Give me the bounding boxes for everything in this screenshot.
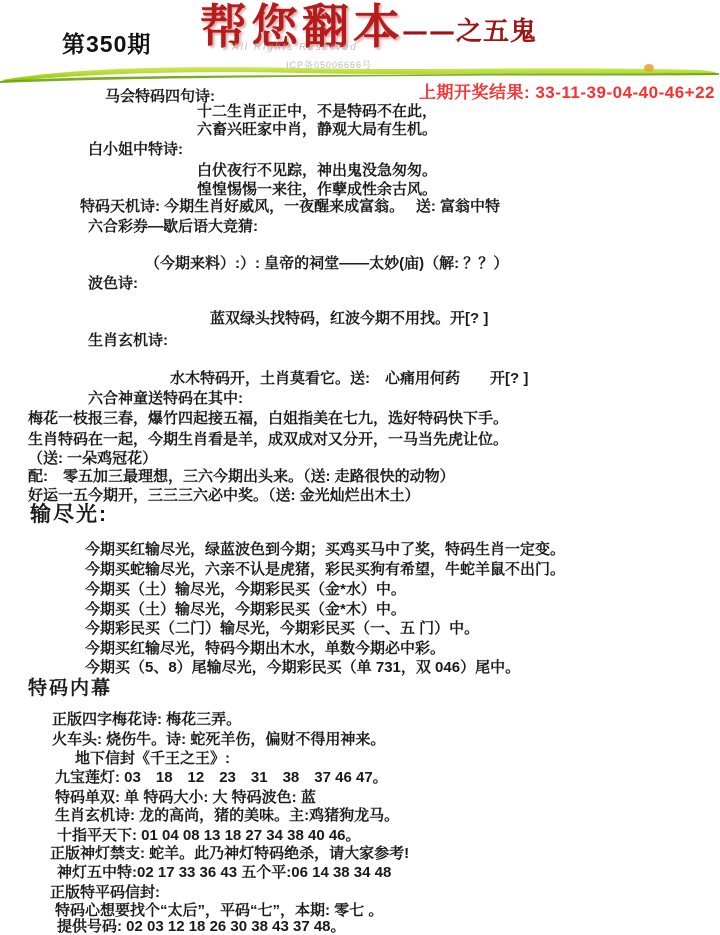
text-line: 正版四字梅花诗: 梅花三弄。 [52, 711, 241, 729]
text-line: 六合彩券—歇后语大竞猜: [88, 218, 258, 236]
text-line: 六合神童送特码在其中: [88, 390, 243, 408]
text-line: 波色诗: [88, 275, 138, 293]
issue-number: 第350期 [62, 26, 151, 59]
text-line: 梅花一枝报三春，爆竹四起接五福，白姐指美在七九，选好特码快下手。 [28, 410, 508, 428]
text-line: 提供号码: 02 03 12 18 26 30 38 43 37 48。 [57, 918, 346, 935]
text-line: 正版特平码信封: [50, 884, 160, 902]
text-line: 配: 零五加三最理想，三六今期出头来。（送: 走路很快的动物） [28, 468, 455, 486]
text-line: 生肖玄机诗: 龙的高尚，猪的美味。主:鸡猪狗龙马。 [55, 807, 399, 825]
previous-draw-result: 上期开奖结果: 33-11-39-04-40-46+22 [419, 78, 715, 103]
text-line: 九宝莲灯: 03 18 12 23 31 38 37 46 47。 [55, 769, 388, 787]
lottery-tip-sheet: 第350期 帮您翻本 ——之五鬼 All Rights Reserved ICP… [0, 0, 720, 935]
text-line: 十指平天下: 01 04 08 13 18 27 34 38 40 46。 [57, 827, 361, 845]
text-line: 十二生肖正正中，不是特码不在此， [197, 103, 437, 121]
watermark-copyright: All Rights Reserved [232, 42, 358, 53]
text-line: 今期买红输尽光，特码今期出木水，单数今期必中彩。 [85, 640, 445, 658]
text-line: 神灯五中特:02 17 33 36 43 五个平:06 14 38 34 48 [57, 864, 391, 882]
text-line: 水木特码开，土肖莫看它。送: 心痛用何药 开[? ] [170, 370, 528, 388]
text-line: 生肖特码在一起，今期生肖看是羊，成双成对又分开，一马当先虎让位。 [28, 431, 508, 449]
text-line: 今期买红输尽光，绿蓝波色到今期；买鸡买马中了奖，特码生肖一定变。 [85, 541, 565, 559]
text-line: 生肖玄机诗: [88, 332, 168, 350]
text-line: 正版神灯禁支: 蛇羊。此乃神灯特码绝杀，请大家参考! [50, 845, 409, 863]
text-line: 特码单双: 单 特码大小: 大 特码波色: 蓝 [55, 789, 316, 807]
section-heading-neimu: 特码内幕 [28, 678, 112, 700]
text-line: 白伏夜行不见踪，神出鬼没急匆匆。 [197, 162, 437, 180]
text-line: 今期买（5、8）尾输尽光，今期彩民买（单 731，双 046）尾中。 [85, 659, 520, 677]
text-line: 今期买（土）输尽光，今期彩民买（金*水）中。 [85, 581, 406, 599]
section-heading-shujinguang: 输尽光: [30, 503, 108, 527]
text-line: （送: 一朵鸡冠花） [28, 450, 157, 468]
text-line: 六畜兴旺家中肖，静观大局有生机。 [197, 121, 437, 139]
text-line: 地下信封《千王之王》: [75, 750, 230, 768]
masthead-subtitle: ——之五鬼 [402, 11, 537, 48]
text-line: 今期买蛇输尽光，六亲不认是虎猪，彩民买狗有希望，牛蛇羊鼠不出门。 [85, 561, 565, 579]
text-line: 火车头: 烧伤牛。诗: 蛇死羊伤，偏财不得用神来。 [52, 731, 385, 749]
text-line: 今期买（土）输尽光，今期彩民买（金*木）中。 [85, 601, 406, 619]
text-line: 蓝双绿头找特码，红波今期不用找。开[? ] [210, 310, 488, 328]
text-line: 特码天机诗: 今期生肖好威风，一夜醒来成富翁。 送: 富翁中特 [80, 198, 500, 216]
text-line: 惶惶惕惕一来往，作孽成性余古风。 [197, 181, 437, 199]
text-line: 白小姐中特诗: [88, 141, 183, 159]
text-line: 今期彩民买（二门）输尽光，今期彩民买（一、五 门）中。 [85, 620, 479, 638]
text-line: （今期来料）:）: 皇帝的祠堂——太妙(庙)（解: ？？） [145, 255, 508, 273]
